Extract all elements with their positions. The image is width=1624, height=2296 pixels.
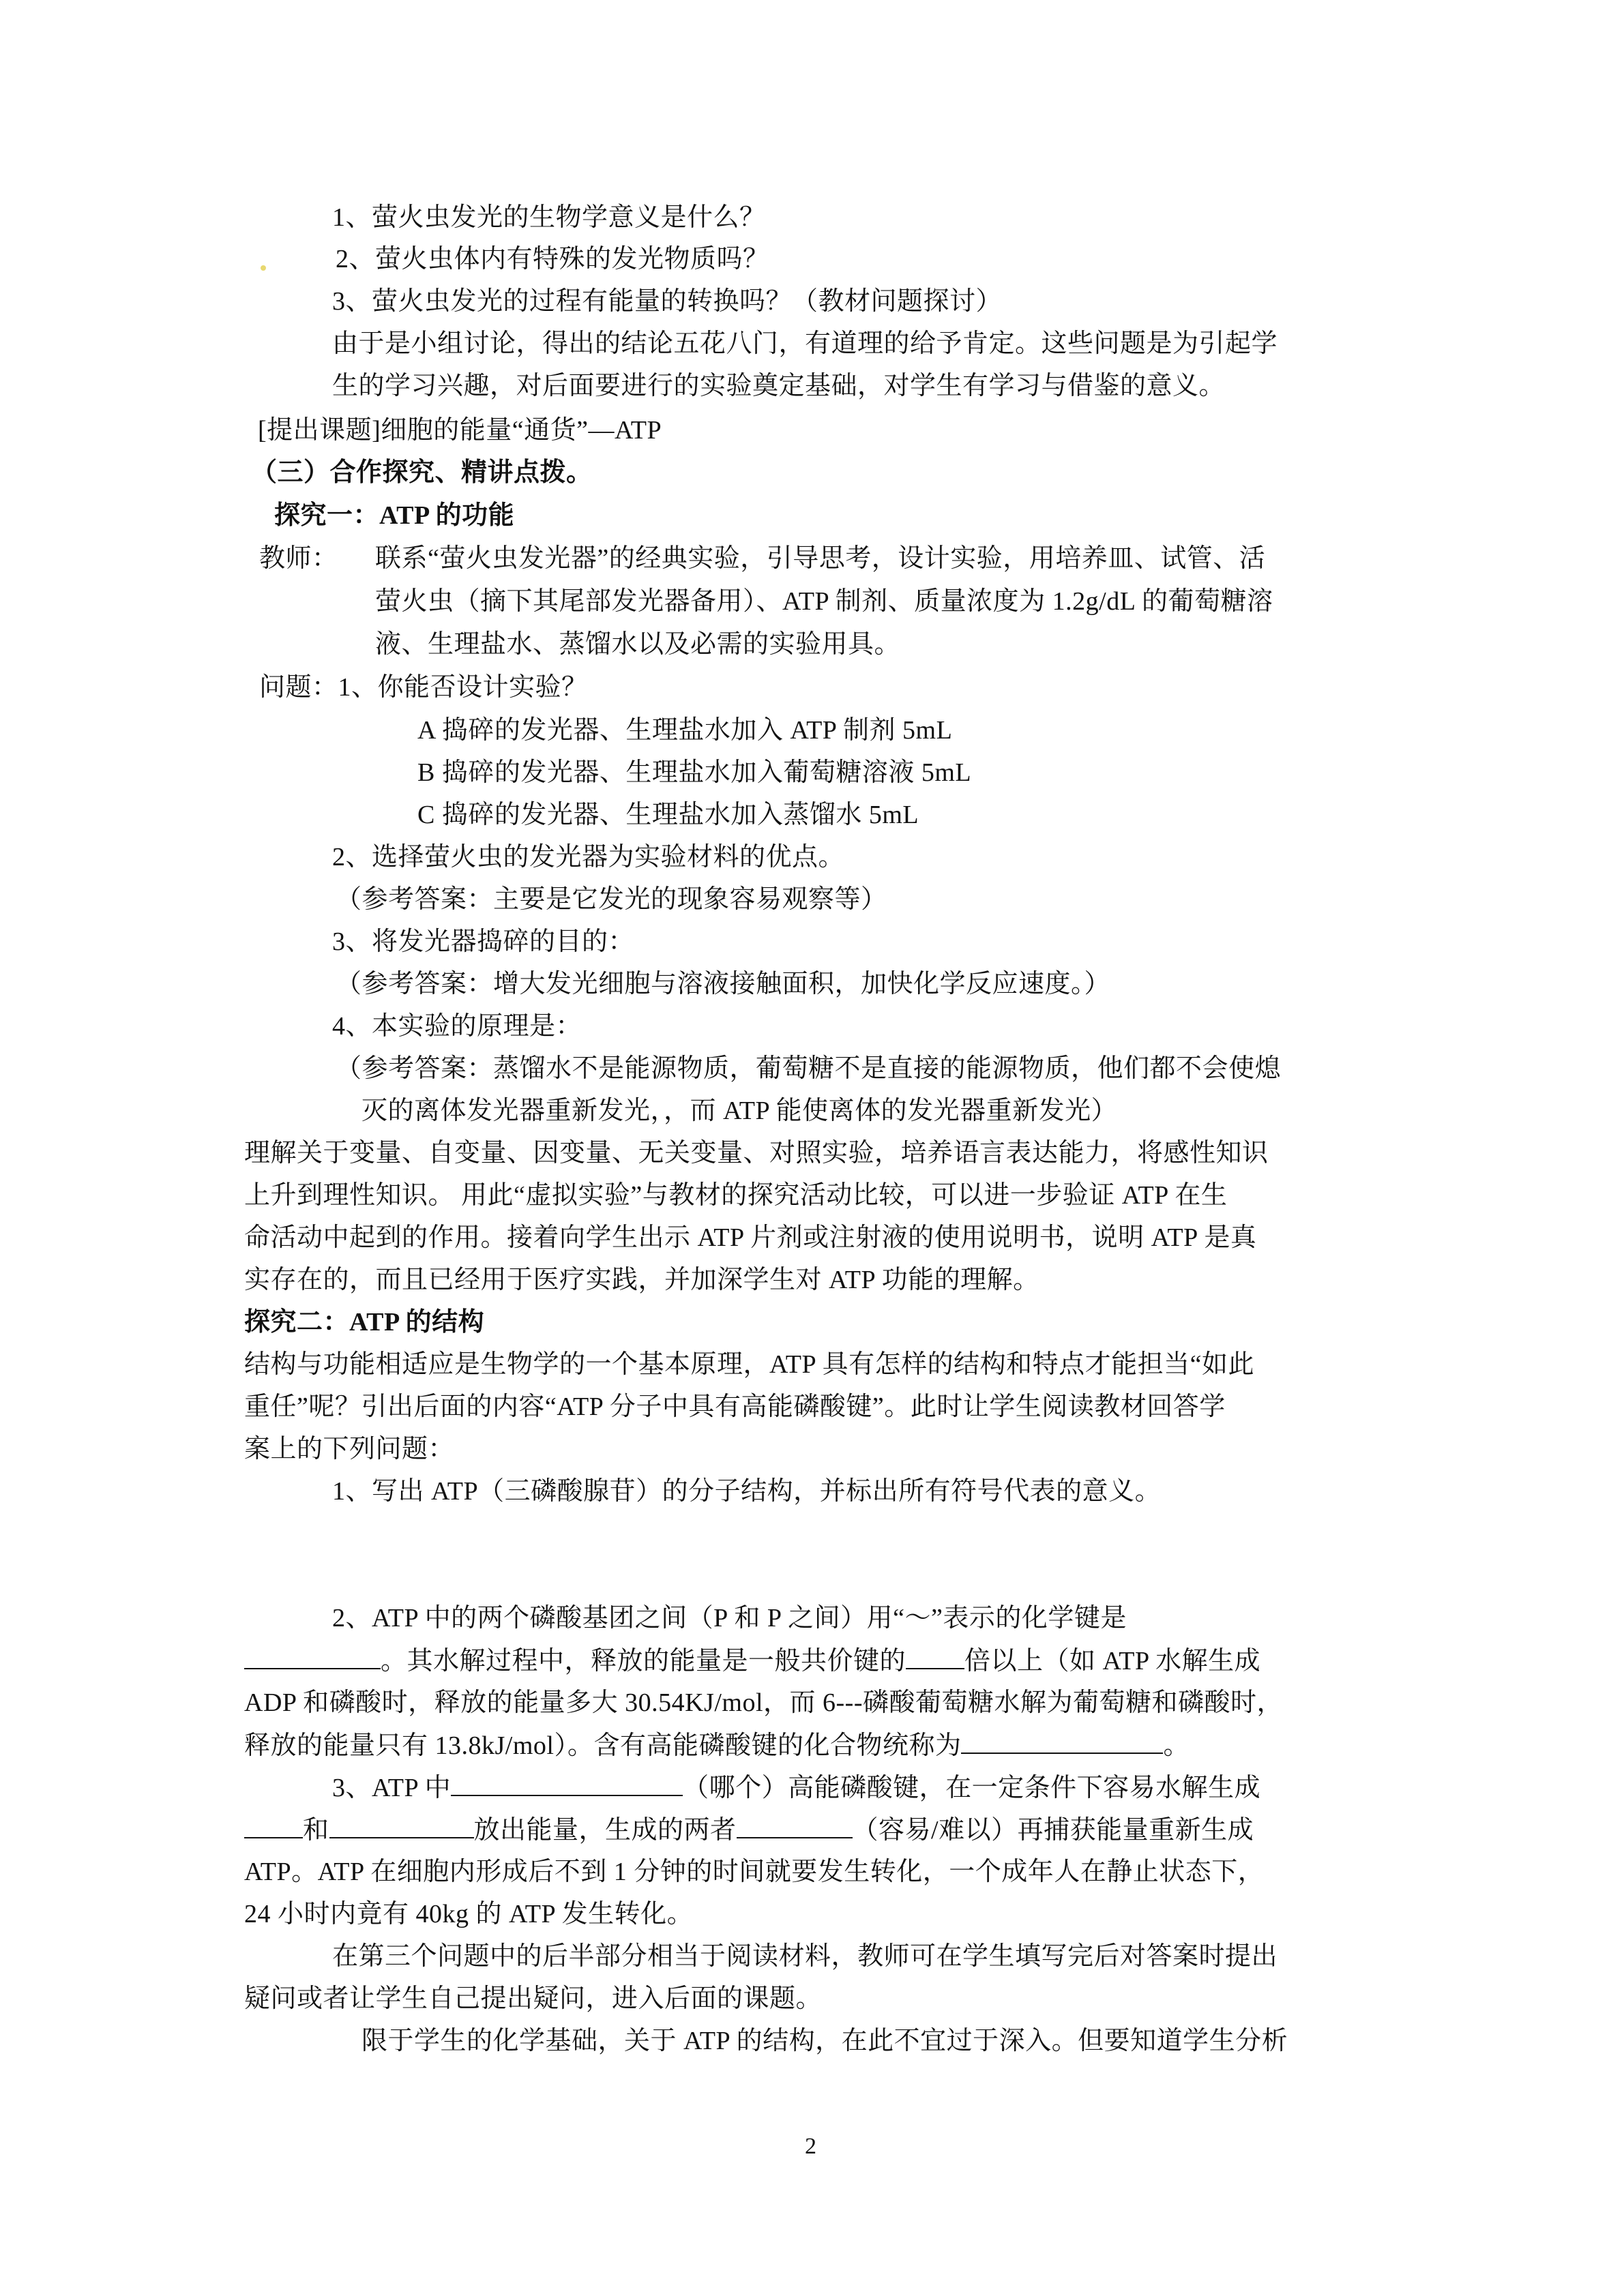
answer-4-line-2: 灭的离体发光器重新发光，，而 ATP 能使离体的发光器重新发光） [361,1095,1117,1127]
question-4: 4、本实验的原理是： [332,1011,582,1042]
section-heading: （三）合作探究、精讲点拨。 [251,457,593,488]
inquiry-2-intro-line-2: 重任”呢？引出后面的内容“ATP 分子中具有高能磷酸键”。此时让学生阅读教材回答… [244,1391,1226,1422]
blank-multiple[interactable] [906,1645,964,1669]
annotation-mark [261,265,266,271]
answer-3: （参考答案：增大发光细胞与溶液接触面积，加快化学反应速度。） [336,968,1110,1000]
q2-text-b: 倍以上（如 ATP 水解生成 [964,1647,1260,1675]
blank-compound-name[interactable] [961,1729,1163,1754]
structure-question-2-line-4: 释放的能量只有 13.8kJ/mol）。含有高能磷酸键的化合物统称为。 [244,1729,1190,1761]
inquiry-2-intro-line-1: 结构与功能相适应是生物学的一个基本原理，ATP 具有怎样的结构和特点才能担当“如… [244,1349,1254,1380]
structure-question-2-line-2: 。其水解过程中，释放的能量是一般共价键的倍以上（如 ATP 水解生成 [244,1645,1260,1677]
teacher-text-line-3: 液、生理盐水、蒸馏水以及必需的实验用具。 [375,629,900,660]
inquiry-1-heading: 探究一：ATP 的功能 [274,500,514,531]
teaching-note-1-line-1: 在第三个问题中的后半部分相当于阅读材料，教师可在学生填写完后对答案时提出 [332,1941,1278,1972]
intro-comment-line-1: 由于是小组讨论，得出的结论五花八门，有道理的给予肯定。这些问题是为引起学 [332,328,1278,359]
structure-question-3-line-1: 3、ATP 中（哪个）高能磷酸键，在一定条件下容易水解生成 [332,1772,1260,1804]
structure-question-3-line-4: 24 小时内竟有 40kg 的 ATP 发生转化。 [244,1898,693,1930]
inquiry-2-heading: 探究二：ATP 的结构 [244,1307,484,1338]
structure-question-3-line-3: ATP。ATP 在细胞内形成后不到 1 分钟的时间就要发生转化，一个成年人在静止… [244,1856,1264,1888]
q2-text-d: 。 [1163,1731,1190,1760]
q3-text-c: 和 [303,1816,329,1845]
q3-text-d: 放出能量，生成的两者 [474,1816,737,1845]
intro-question-1: 1、萤火虫发光的生物学意义是什么？ [332,202,766,233]
blank-which-bond[interactable] [451,1772,683,1796]
q2-text-c: 释放的能量只有 13.8kJ/mol）。含有高能磷酸键的化合物统称为 [244,1731,961,1760]
question-2: 2、选择萤火虫的发光器为实验材料的优点。 [332,841,844,873]
document-page: 1、萤火虫发光的生物学意义是什么？ 2、萤火虫体内有特殊的发光物质吗？ 3、萤火… [0,0,1624,2296]
blank-easy-hard[interactable] [737,1814,853,1838]
question-1: 问题：1、你能否设计实验？ [259,672,588,703]
structure-question-1: 1、写出 ATP（三磷酸腺苷）的分子结构，并标出所有符号代表的意义。 [332,1476,1161,1507]
q2-text-a: 。其水解过程中，释放的能量是一般共价键的 [381,1647,906,1675]
option-c: C 捣碎的发光器、生理盐水加入蒸馏水 5mL [417,799,919,831]
summary-line-1: 理解关于变量、自变量、因变量、无关变量、对照实验，培养语言表达能力，将感性知识 [244,1137,1269,1169]
intro-question-2: 2、萤火虫体内有特殊的发光物质吗？ [336,243,769,275]
summary-line-3: 命活动中起到的作用。接着向学生出示 ATP 片剂或注射液的使用说明书，说明 AT… [244,1222,1256,1253]
option-a: A 捣碎的发光器、生理盐水加入 ATP 制剂 5mL [417,715,952,746]
teacher-label: 教师： [259,543,338,574]
teacher-text-line-1: 联系“萤火虫发光器”的经典实验，引导思考，设计实验，用培养皿、试管、活 [375,543,1265,574]
summary-line-4: 实存在的，而且已经用于医疗实践，并加深学生对 ATP 功能的理解。 [244,1264,1039,1296]
teacher-text-line-2: 萤火虫（摘下其尾部发光器备用）、ATP 制剂、质量浓度为 1.2g/dL 的葡萄… [375,586,1273,617]
page-number: 2 [805,2133,816,2160]
blank-high-energy-bond[interactable] [244,1645,381,1669]
teaching-note-2-line-1: 限于学生的化学基础，关于 ATP 的结构，在此不宜过于深入。但要知道学生分析 [361,2025,1288,2057]
answer-4-line-1: （参考答案：蒸馏水不是能源物质，葡萄糖不是直接的能源物质，他们都不会使熄 [336,1053,1281,1084]
structure-question-3-line-2: 和放出能量，生成的两者（容易/难以）再捕获能量重新生成 [244,1814,1254,1846]
structure-question-2-line-1: 2、ATP 中的两个磷酸基团之间（P 和 P 之间）用“～”表示的化学键是 [332,1602,1127,1634]
blank-product-1[interactable] [244,1814,303,1838]
intro-comment-line-2: 生的学习兴趣，对后面要进行的实验奠定基础，对学生有学习与借鉴的意义。 [332,370,1225,402]
summary-line-2: 上升到理性知识。 用此“虚拟实验”与教材的探究活动比较，可以进一步验证 ATP … [244,1180,1227,1211]
topic-title: [提出课题]细胞的能量“通货”—ATP [258,415,662,446]
answer-2: （参考答案：主要是它发光的现象容易观察等） [336,884,887,915]
option-b: B 捣碎的发光器、生理盐水加入葡萄糖溶液 5mL [417,757,971,788]
structure-question-2-line-3: ADP 和磷酸时，释放的能量多大 30.54KJ/mol，而 6---磷酸葡萄糖… [244,1687,1283,1718]
blank-product-2[interactable] [329,1814,474,1838]
q3-text-e: （容易/难以）再捕获能量重新生成 [853,1816,1254,1845]
q3-text-b: （哪个）高能磷酸键，在一定条件下容易水解生成 [683,1774,1260,1802]
question-3: 3、将发光器捣碎的目的： [332,926,634,957]
q3-text-a: 3、ATP 中 [332,1774,451,1802]
teaching-note-1-line-2: 疑问或者让学生自己提出疑问，进入后面的课题。 [244,1983,822,2014]
inquiry-2-intro-line-3: 案上的下列问题： [244,1433,454,1465]
intro-question-3: 3、萤火虫发光的过程有能量的转换吗？（教材问题探讨） [332,286,1002,317]
